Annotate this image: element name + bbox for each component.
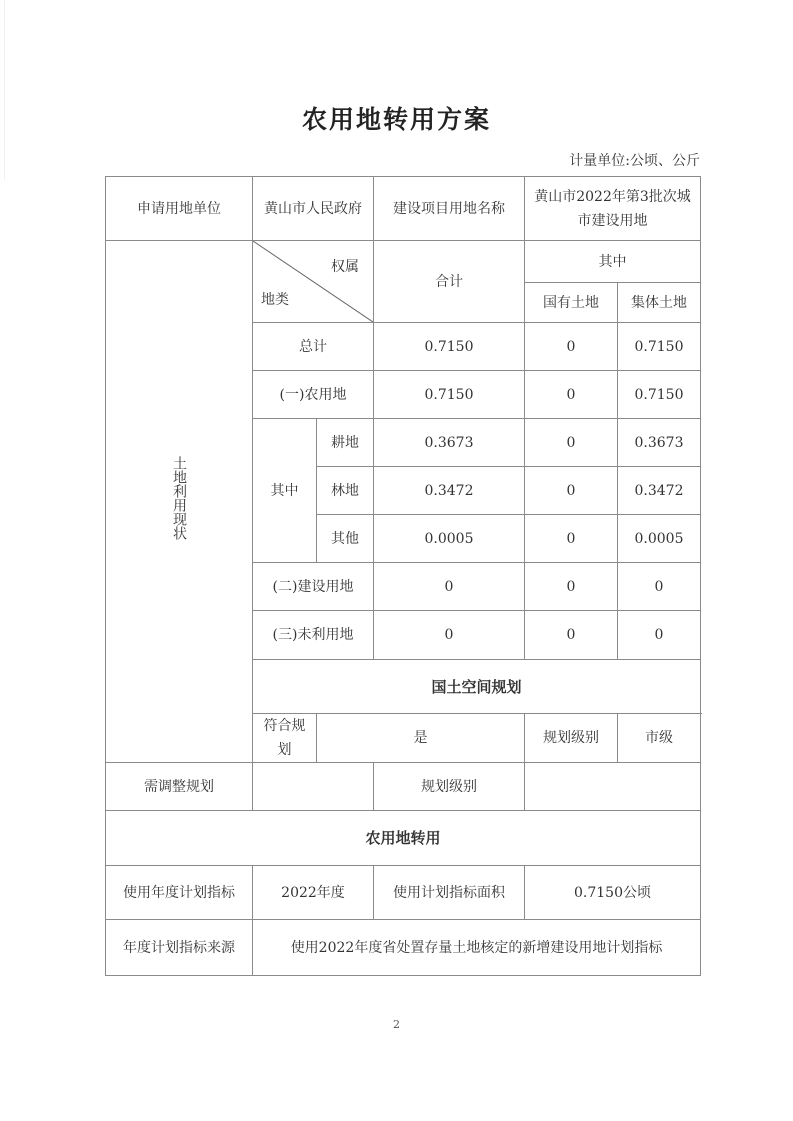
row-label: (二)建设用地 (253, 563, 374, 611)
annual-plan-row: 使用年度计划指标 2022年度 使用计划指标面积 0.7150公顷 (106, 866, 701, 920)
diag-landtype-label: 地类 (261, 288, 289, 312)
page-title: 农用地转用方案 (0, 100, 793, 136)
plan-source-label: 年度计划指标来源 (106, 920, 253, 976)
cell-state: 0 (525, 371, 618, 419)
adjust-level-value (525, 763, 701, 811)
conversion-plan-table: 申请用地单位 黄山市人民政府 建设项目用地名称 黄山市2022年第3批次城市建设… (105, 176, 701, 976)
cell-state: 0 (525, 515, 618, 563)
land-use-header-row: 土地利用现状 权属 地类 合计 其中 (106, 241, 701, 283)
annual-plan-label: 使用年度计划指标 (106, 866, 253, 920)
adjust-plan-row: 需调整规划 规划级别 (106, 763, 701, 811)
project-value: 黄山市2022年第3批次城市建设用地 (525, 177, 701, 241)
annual-plan-value: 2022年度 (253, 866, 374, 920)
diagonal-header-cell: 权属 地类 (253, 241, 374, 323)
land-use-section-label: 土地利用现状 (106, 241, 253, 763)
row-label: (三)未利用地 (253, 611, 374, 660)
cell-collective: 0.3472 (618, 467, 701, 515)
cell-total: 0 (374, 563, 525, 611)
row-label: 林地 (317, 467, 374, 515)
col-of-which-header: 其中 (525, 241, 701, 283)
col-total-header: 合计 (374, 241, 525, 323)
applicant-label: 申请用地单位 (106, 177, 253, 241)
plan-source-value: 使用2022年度省处置存量土地核定的新增建设用地计划指标 (253, 920, 701, 976)
applicant-row: 申请用地单位 黄山市人民政府 建设项目用地名称 黄山市2022年第3批次城市建设… (106, 177, 701, 241)
cell-collective: 0.7150 (618, 323, 701, 371)
land-use-section-text: 土地利用现状 (171, 456, 187, 540)
cell-collective: 0 (618, 611, 701, 660)
scan-edge (4, 0, 5, 180)
cell-collective: 0.3673 (618, 419, 701, 467)
page-number: 2 (0, 1018, 793, 1031)
cell-total: 0 (374, 611, 525, 660)
plan-level-value: 市级 (618, 714, 701, 763)
conversion-section-row: 农用地转用 (106, 811, 701, 866)
cell-collective: 0 (618, 563, 701, 611)
conform-label: 符合规划 (253, 714, 317, 763)
plan-source-row: 年度计划指标来源 使用2022年度省处置存量土地核定的新增建设用地计划指标 (106, 920, 701, 976)
adjust-label: 需调整规划 (106, 763, 253, 811)
cell-total: 0.3472 (374, 467, 525, 515)
applicant-value: 黄山市人民政府 (253, 177, 374, 241)
plan-level-label: 规划级别 (525, 714, 618, 763)
diag-ownership-label: 权属 (331, 255, 359, 279)
conversion-title: 农用地转用 (106, 811, 701, 866)
row-label: 其他 (317, 515, 374, 563)
row-label: (一)农用地 (253, 371, 374, 419)
conform-value: 是 (317, 714, 525, 763)
cell-collective: 0.0005 (618, 515, 701, 563)
project-label: 建设项目用地名称 (374, 177, 525, 241)
cell-state: 0 (525, 419, 618, 467)
cell-state: 0 (525, 467, 618, 515)
plan-area-label: 使用计划指标面积 (374, 866, 525, 920)
col-state-header: 国有土地 (525, 283, 618, 323)
adjust-value (253, 763, 374, 811)
row-label: 耕地 (317, 419, 374, 467)
cell-collective: 0.7150 (618, 371, 701, 419)
cell-total: 0.7150 (374, 323, 525, 371)
cell-total: 0.7150 (374, 371, 525, 419)
cell-state: 0 (525, 611, 618, 660)
spatial-planning-title: 国土空间规划 (253, 660, 701, 714)
row-label: 总计 (253, 323, 374, 371)
unit-label: 计量单位:公顷、公斤 (569, 150, 700, 170)
plan-area-value: 0.7150公顷 (525, 866, 701, 920)
cell-state: 0 (525, 563, 618, 611)
cell-state: 0 (525, 323, 618, 371)
cell-total: 0.3673 (374, 419, 525, 467)
adjust-level-label: 规划级别 (374, 763, 525, 811)
of-which-label: 其中 (253, 419, 317, 563)
cell-total: 0.0005 (374, 515, 525, 563)
col-collective-header: 集体土地 (618, 283, 701, 323)
